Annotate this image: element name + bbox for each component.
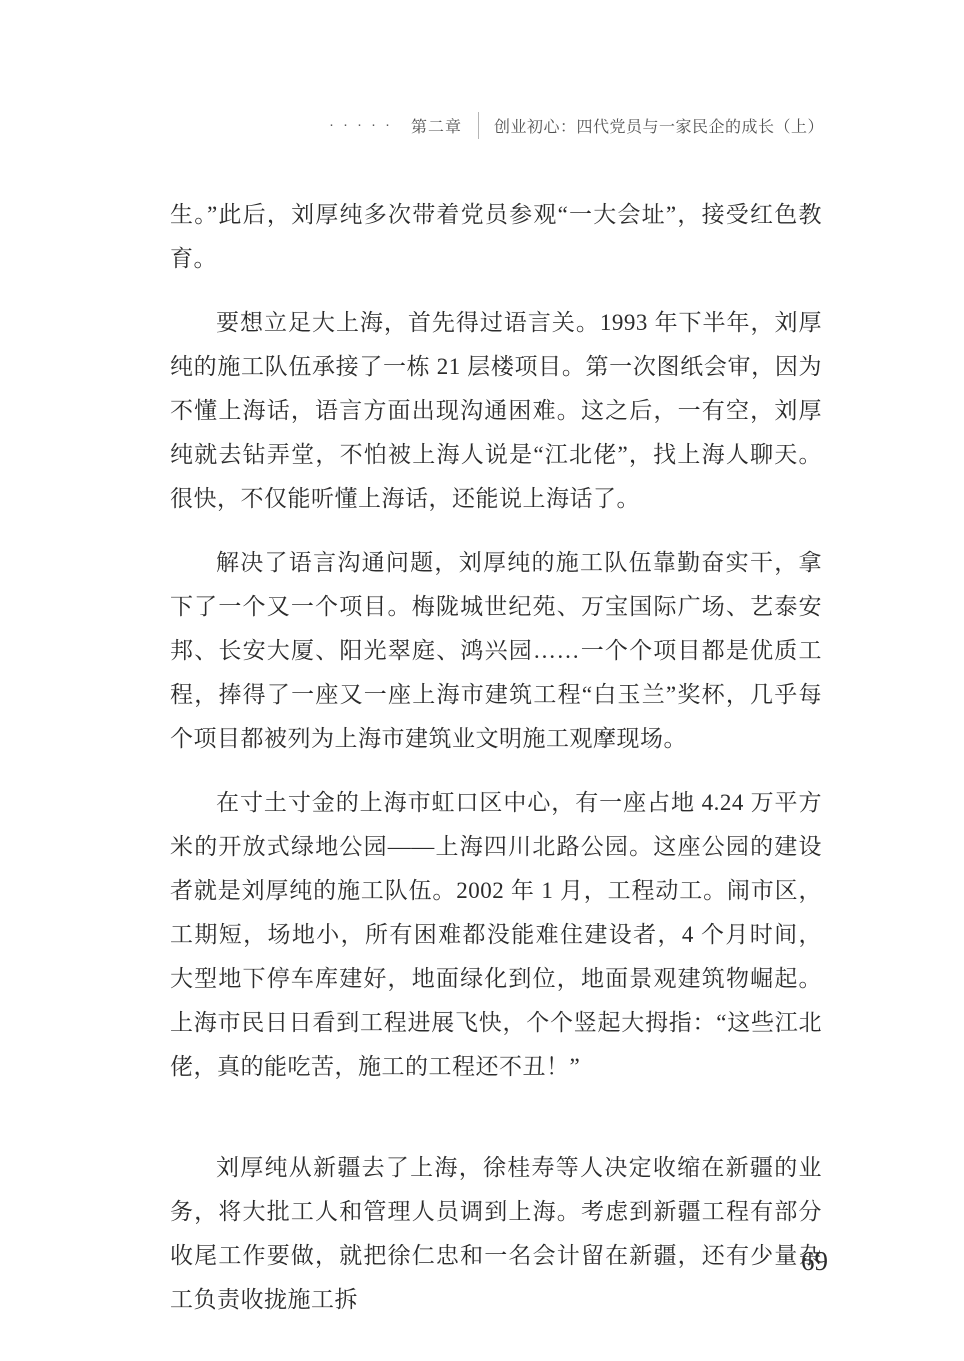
header-dots: ····· [329,116,399,133]
paragraph: 在寸土寸金的上海市虹口区中心，有一座占地 4.24 万平方米的开放式绿地公园——… [170,781,822,1089]
paragraph: 要想立足大上海，首先得过语言关。1993 年下半年，刘厚纯的施工队伍承接了一栋 … [170,301,822,521]
header-divider [478,112,479,139]
header-chapter-title: 创业初心：四代党员与一家民企的成长（上） [494,114,824,137]
paragraph: 刘厚纯从新疆去了上海，徐桂寿等人决定收缩在新疆的业务，将大批工人和管理人员调到上… [170,1146,822,1322]
paragraph: 解决了语言沟通问题，刘厚纯的施工队伍靠勤奋实干，拿下了一个又一个项目。梅陇城世纪… [170,541,822,761]
page-number: 69 [801,1246,828,1277]
running-header: ····· 第二章 创业初心：四代党员与一家民企的成长（上） [329,112,824,139]
header-chapter-label: 第二章 [411,114,462,137]
page-body: 生。”此后，刘厚纯多次带着党员参观“一大会址”，接受红色教育。 要想立足大上海，… [170,193,822,1342]
paragraph-continuation: 生。”此后，刘厚纯多次带着党员参观“一大会址”，接受红色教育。 [170,193,822,281]
book-page: ····· 第二章 创业初心：四代党员与一家民企的成长（上） 生。”此后，刘厚纯… [0,0,964,1361]
